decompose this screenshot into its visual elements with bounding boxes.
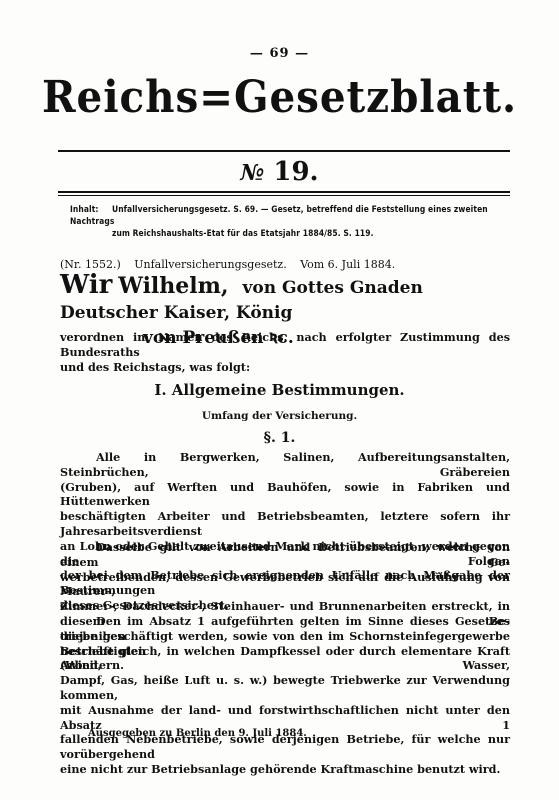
page-number: — 69 —: [0, 46, 559, 61]
enactment-line-1: Wir Wilhelm, von Gottes Gnaden Deutscher…: [60, 273, 520, 326]
paragraph-line: (Gruben), auf Werften und Bauhöfen, sowi…: [60, 480, 510, 510]
table-of-contents: Inhalt:Unfallversicherungsgesetz. S. 69.…: [70, 203, 510, 239]
enactment-wir: Wir: [60, 270, 112, 300]
issued-note: Ausgegeben zu Berlin den 9. Juli 1884.: [88, 728, 388, 739]
subsection-title: Umfang der Versicherung.: [0, 410, 559, 422]
paragraph-line: Betriebe gleich, in welchen Dampfkessel …: [60, 644, 510, 674]
paragraph-mark: §. 1.: [0, 430, 559, 446]
double-rule-lower: [58, 195, 510, 196]
preamble: verordnen im Namen des Reichs, nach erfo…: [60, 330, 510, 374]
paragraph-line: werbetreibenden, dessen Gewerbebetrieb s…: [60, 570, 510, 600]
preamble-line: und des Reichstags, was folgt:: [60, 360, 510, 375]
section-title: I. Allgemeine Bestimmungen.: [0, 381, 559, 399]
preamble-line: verordnen im Namen des Reichs, nach erfo…: [60, 330, 510, 360]
double-rule-upper: [58, 191, 510, 193]
paragraph-line: Alle in Bergwerken, Salinen, Aufbereitun…: [60, 450, 510, 480]
contents-text-1: Unfallversicherungsgesetz. S. 69. — Gese…: [70, 204, 488, 226]
enactment-title: von Gottes Gnaden Deutscher Kaiser, Köni…: [60, 278, 423, 323]
paragraph-3: Den im Absatz 1 aufgeführten gelten im S…: [60, 614, 510, 777]
paragraph-line: Dampf, Gas, heiße Luft u. s. w.) bewegte…: [60, 673, 510, 703]
paragraph-line: beschäftigten Arbeiter und Betriebsbeamt…: [60, 509, 510, 539]
paragraph-line: Den im Absatz 1 aufgeführten gelten im S…: [60, 614, 510, 644]
top-rule: [58, 150, 510, 152]
law-title: Unfallversicherungsgesetz.: [134, 258, 286, 271]
masthead-title: Reichs=Gesetzblatt.: [22, 68, 536, 128]
gazette-page: — 69 — Reichs=Gesetzblatt. № 19. Inhalt:…: [0, 0, 559, 800]
contents-label: Inhalt:: [70, 203, 112, 215]
paragraph-line: eine nicht zur Betriebsanlage gehörende …: [60, 762, 510, 777]
issue-number: № 19.: [0, 157, 559, 188]
contents-line-1: Inhalt:Unfallversicherungsgesetz. S. 69.…: [70, 203, 510, 227]
law-header: (Nr. 1552.) Unfallversicherungsgesetz. V…: [60, 258, 510, 272]
issue-number-value: 19.: [273, 157, 318, 187]
paragraph-line: Dasselbe gilt von Arbeitern und Betriebs…: [60, 540, 510, 570]
enactment-wilhelm: Wilhelm,: [118, 273, 228, 299]
numero-sign: №: [240, 160, 264, 186]
contents-line-2: zum Reichshaushalts-Etat für das Etatsja…: [70, 227, 510, 239]
law-date: Vom 6. Juli 1884.: [300, 258, 395, 271]
